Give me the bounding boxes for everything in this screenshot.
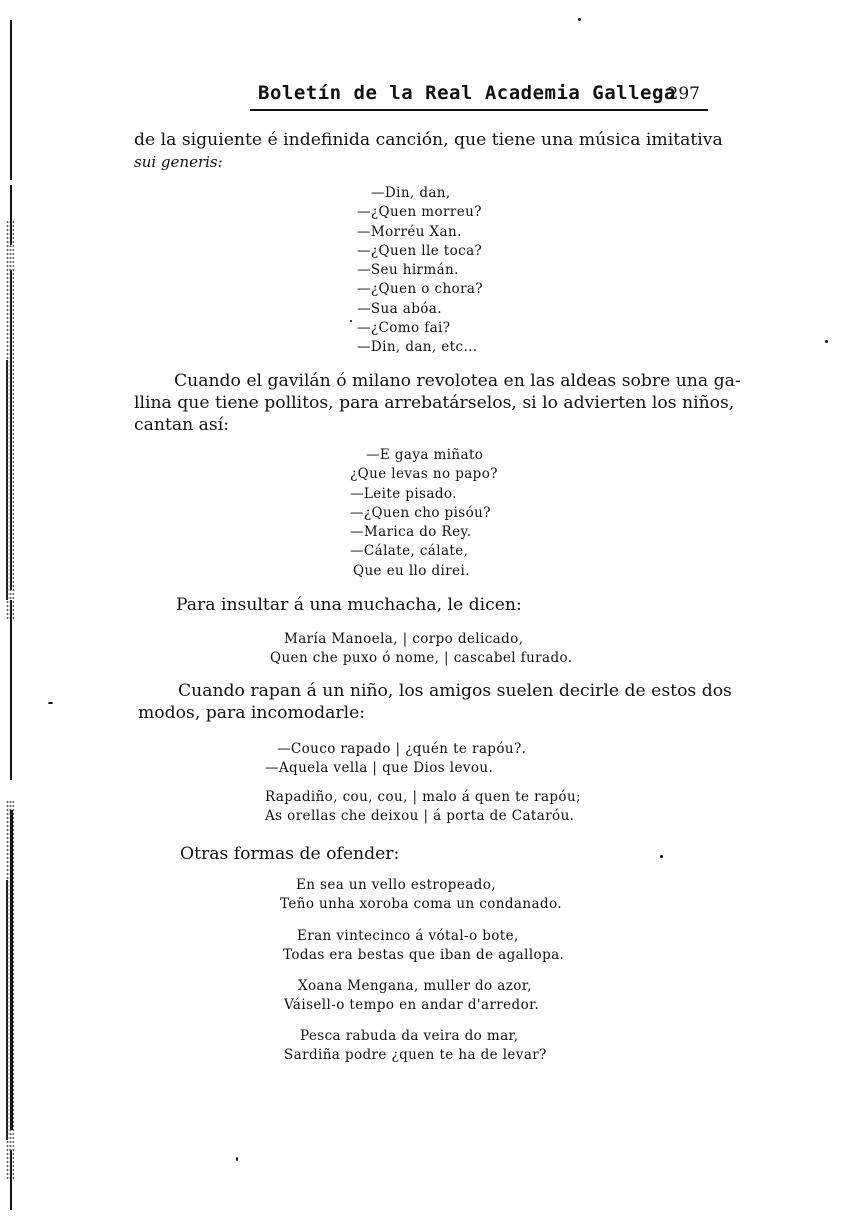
verse-line: —Din, dan, (357, 184, 483, 203)
intro-paragraph: de la siguiente é indefinida canción, qu… (134, 129, 722, 173)
paragraph-line: modos, para incomodarle: (138, 702, 722, 724)
song-gaya-minato: —E gaya miñato ¿Que levas no papo? —Leit… (350, 446, 498, 581)
verse-line: Váisell-o tempo en andar d'arredor. (284, 996, 539, 1015)
paragraph-line: llina que tiene pollitos, para arrebatár… (134, 392, 722, 414)
scanned-page: Boletín de la Real Academia Gallega 297 … (0, 0, 850, 1228)
verse-line: —¿Quen lle toca? (357, 242, 483, 261)
page-number: 297 (668, 84, 700, 104)
ofender-verse-2: Eran vintecinco á vótal-o bote, Todas er… (283, 927, 564, 966)
verse-line: Xoana Mengana, muller do azor, (284, 977, 539, 996)
paragraph-line: Cuando el gavilán ó milano revolotea en … (134, 370, 722, 392)
ofender-intro: Otras formas de ofender: (180, 843, 399, 865)
insult-verse: María Manoela, | corpo delicado, Quen ch… (270, 630, 573, 669)
verse-line: —Couco rapado | ¿quén te rapóu?. (265, 740, 526, 759)
paragraph-line: de la siguiente é indefinida canción, qu… (134, 129, 722, 151)
verse-line: Rapadiño, cou, cou, | malo á quen te rap… (265, 788, 581, 807)
verse-line: —¿Quen morreu? (357, 203, 483, 222)
rapan-verse-1: —Couco rapado | ¿quén te rapóu?. —Aquela… (265, 740, 526, 779)
gavilan-paragraph: Cuando el gavilán ó milano revolotea en … (134, 370, 722, 436)
verse-line: —Marica do Rey. (350, 523, 498, 542)
verse-line: —¿Quen cho pisóu? (350, 504, 498, 523)
scan-speck (236, 1157, 238, 1161)
journal-title: Boletín de la Real Academia Gallega (258, 82, 676, 104)
paragraph-line: Cuando rapan á un niño, los amigos suele… (138, 680, 722, 702)
verse-line: —E gaya miñato (350, 446, 498, 465)
header-rule (250, 109, 708, 111)
rapan-paragraph: Cuando rapan á un niño, los amigos suele… (138, 680, 722, 724)
scan-speck (660, 855, 663, 858)
verse-line: —Aquela vella | que Dios levou. (265, 759, 526, 778)
ofender-verse-3: Xoana Mengana, muller do azor, Váisell-o… (284, 977, 539, 1016)
binding-edge (6, 20, 14, 1220)
scan-speck (825, 340, 828, 343)
verse-line: —Seu hirmán. (357, 261, 483, 280)
verse-line: María Manoela, | corpo delicado, (270, 630, 573, 649)
rapan-verse-2: Rapadiño, cou, cou, | malo á quen te rap… (265, 788, 581, 827)
verse-line: —¿Como fai? (357, 319, 483, 338)
verse-line: —Leite pisado. (350, 485, 498, 504)
verse-line: —Morréu Xan. (357, 223, 483, 242)
verse-line: Eran vintecinco á vótal-o bote, (283, 927, 564, 946)
verse-line: —Din, dan, etc... (357, 338, 483, 357)
verse-line: Quen che puxo ó nome, | cascabel furado. (270, 649, 573, 668)
scan-speck (350, 320, 352, 322)
verse-line: Todas era bestas que iban de agallopa. (283, 946, 564, 965)
ofender-verse-4: Pesca rabuda da veira do mar, Sardiña po… (284, 1027, 547, 1066)
scan-speck (578, 18, 581, 21)
verse-line: As orellas che deixou | á porta de Catar… (265, 807, 581, 826)
verse-line: —¿Quen o chora? (357, 280, 483, 299)
ofender-verse-1: En sea un vello estropeado, Teño unha xo… (280, 876, 562, 915)
paragraph-line: cantan así: (134, 414, 722, 436)
verse-line: En sea un vello estropeado, (280, 876, 562, 895)
verse-line: Teño unha xoroba coma un condanado. (280, 895, 562, 914)
insult-intro: Para insultar á una muchacha, le dicen: (176, 594, 522, 616)
verse-line: Que eu llo direi. (350, 562, 498, 581)
verse-line: —Sua abóa. (357, 300, 483, 319)
verse-line: ¿Que levas no papo? (350, 465, 498, 484)
verse-line: —Cálate, cálate, (350, 542, 498, 561)
verse-line: Sardiña podre ¿quen te ha de levar? (284, 1046, 547, 1065)
paragraph-line: sui generis: (134, 151, 722, 173)
song-din-dan: —Din, dan, —¿Quen morreu? —Morréu Xan. —… (357, 184, 483, 358)
verse-line: Pesca rabuda da veira do mar, (284, 1027, 547, 1046)
running-head: Boletín de la Real Academia Gallega 297 (258, 82, 708, 108)
scan-speck (48, 702, 53, 704)
